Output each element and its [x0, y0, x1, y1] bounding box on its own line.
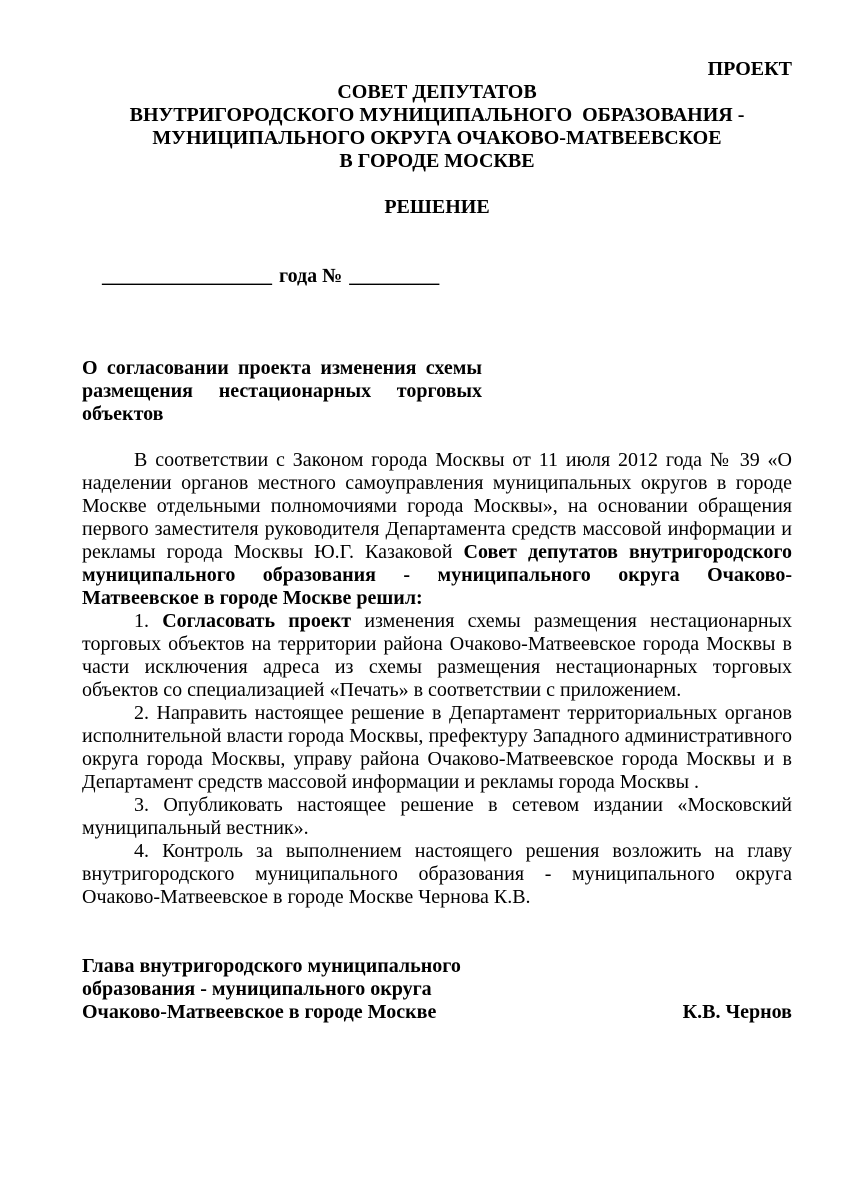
item-2-text: 2. Направить настоящее решение в Департа… — [82, 702, 792, 793]
number-blank-field: _________ — [349, 265, 439, 287]
signature-name: К.В. Чернов — [683, 1001, 792, 1024]
org-header: СОВЕТ ДЕПУТАТОВ ВНУТРИГОРОДСКОГО МУНИЦИП… — [82, 81, 792, 173]
signature-block: Глава внутригородского муниципального об… — [82, 955, 792, 1024]
item-1-bold-text: Согласовать проект — [162, 610, 351, 632]
document-page: ПРОЕКТ СОВЕТ ДЕПУТАТОВ ВНУТРИГОРОДСКОГО … — [0, 0, 848, 1200]
signature-title: Глава внутригородского муниципального об… — [82, 955, 461, 1024]
doc-type-title: РЕШЕНИЕ — [82, 196, 792, 219]
signature-title-line-2: образования - муниципального округа — [82, 978, 461, 1001]
item-1-number: 1. — [134, 610, 162, 632]
subject-paragraph: О согласовании проекта изменения схемы р… — [82, 357, 482, 426]
draft-label: ПРОЕКТ — [82, 58, 792, 81]
document-body: В соответствии с Законом города Москвы о… — [82, 449, 792, 909]
org-header-line-4: В ГОРОДЕ МОСКВЕ — [82, 150, 792, 173]
date-blank-field: _________________ — [102, 265, 272, 287]
paragraph-item-1: 1. Согласовать проект изменения схемы ра… — [82, 610, 792, 702]
item-3-text: 3. Опубликовать настоящее решение в сете… — [82, 794, 792, 839]
item-4-text: 4. Контроль за выполнением настоящего ре… — [82, 840, 792, 908]
paragraph-item-2: 2. Направить настоящее решение в Департа… — [82, 702, 792, 794]
paragraph-item-3: 3. Опубликовать настоящее решение в сете… — [82, 794, 792, 840]
org-header-line-3: МУНИЦИПАЛЬНОГО ОКРУГА ОЧАКОВО-МАТВЕЕВСКО… — [82, 127, 792, 150]
org-header-line-1: СОВЕТ ДЕПУТАТОВ — [82, 81, 792, 104]
signature-title-line-3: Очаково-Матвеевское в городе Москве — [82, 1001, 461, 1024]
date-number-label: года № — [279, 265, 342, 287]
signature-title-line-1: Глава внутригородского муниципального — [82, 955, 461, 978]
paragraph-item-4: 4. Контроль за выполнением настоящего ре… — [82, 840, 792, 909]
org-header-line-2: ВНУТРИГОРОДСКОГО МУНИЦИПАЛЬНОГО ОБРАЗОВА… — [82, 104, 792, 127]
paragraph-intro: В соответствии с Законом города Москвы о… — [82, 449, 792, 610]
date-number-line: _________________года №_________ — [82, 242, 792, 311]
